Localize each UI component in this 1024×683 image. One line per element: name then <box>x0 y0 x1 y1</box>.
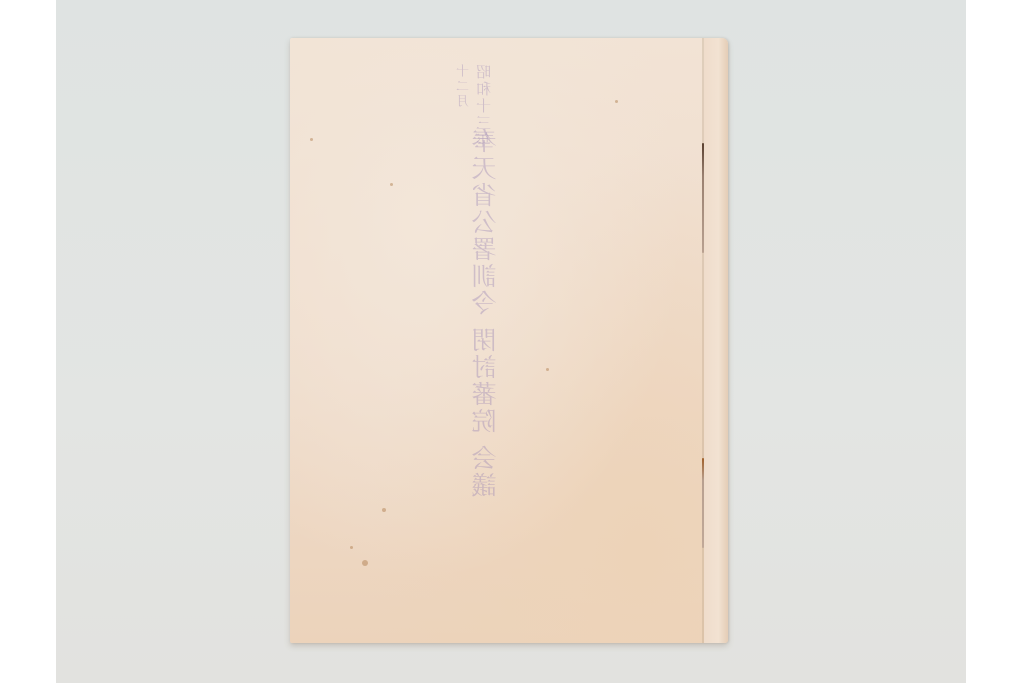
foxing-spot <box>546 368 549 371</box>
foxing-spot <box>382 508 386 512</box>
foxing-spot <box>390 183 393 186</box>
binding-stitch-top <box>702 143 704 253</box>
foxing-spot <box>310 138 313 141</box>
foxing-spot <box>615 100 618 103</box>
booklet-cover: 昭和十三年 十二月 奉天省公署訓令 閉討蕃院 会議 <box>290 38 728 643</box>
foxing-spot <box>350 546 353 549</box>
bleed-through-text-month: 十二月 <box>455 64 474 109</box>
booklet-spine <box>704 38 728 643</box>
bleed-through-text-title: 奉天省公署訓令 閉討蕃院 会議 <box>468 128 504 499</box>
spine-fold-line <box>702 38 704 643</box>
binding-stitch-bottom <box>702 458 704 548</box>
foxing-spot <box>362 560 368 566</box>
